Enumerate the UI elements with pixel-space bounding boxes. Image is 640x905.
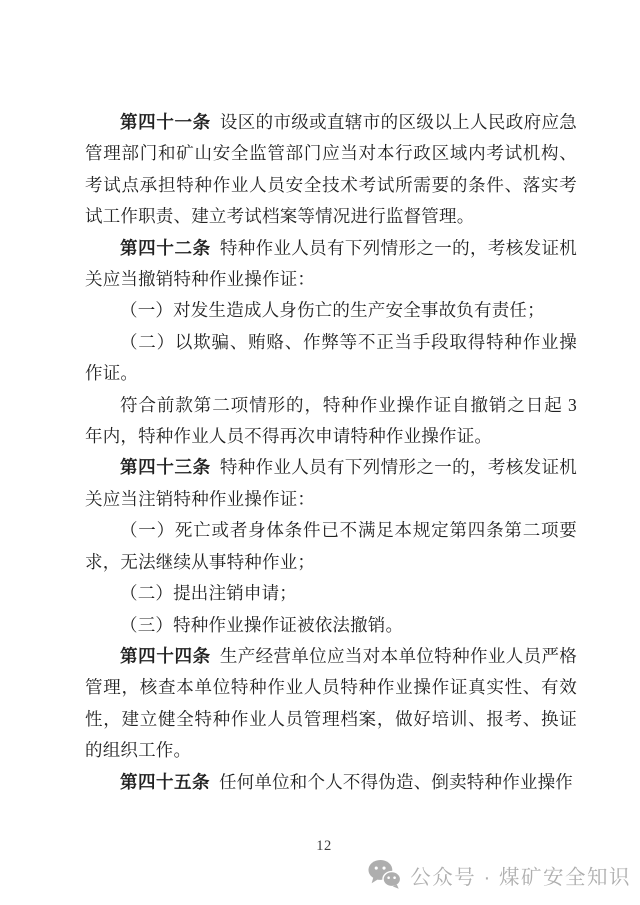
paragraph-item-2: （二）以欺骗、贿赂、作弊等不正当手段取得特种作业操作证。 [85, 327, 577, 390]
watermark: 公众号 · 煤矿安全知识 [368, 859, 631, 890]
article-text: 符合前款第二项情形的，特种作业操作证自撤销之日起 3 年内，特种作业人员不得再次… [85, 395, 577, 446]
paragraph-article-41: 第四十一条设区的市级或直辖市的区级以上人民政府应急管理部门和矿山安全监管部门应当… [85, 107, 577, 233]
article-number: 第四十一条 [120, 112, 211, 132]
paragraph-item-2b: （二）提出注销申请； [85, 578, 577, 609]
wechat-icon [368, 859, 401, 890]
article-text: （一）死亡或者身体条件已不满足本规定第四条第二项要求，无法继续从事特种作业； [85, 520, 577, 571]
article-text: （二）以欺骗、贿赂、作弊等不正当手段取得特种作业操作证。 [85, 332, 577, 383]
article-text: 任何单位和个人不得伪造、倒卖特种作业操作 [219, 772, 573, 792]
paragraph-article-42: 第四十二条特种作业人员有下列情形之一的，考核发证机关应当撤销特种作业操作证： [85, 233, 577, 296]
paragraph-item-1b: （一）死亡或者身体条件已不满足本规定第四条第二项要求，无法继续从事特种作业； [85, 515, 577, 578]
article-text: （一）对发生造成人身伤亡的生产安全事故负有责任； [120, 300, 545, 320]
document-page: 第四十一条设区的市级或直辖市的区级以上人民政府应急管理部门和矿山安全监管部门应当… [0, 0, 640, 905]
article-number: 第四十二条 [120, 238, 211, 258]
document-body: 第四十一条设区的市级或直辖市的区级以上人民政府应急管理部门和矿山安全监管部门应当… [85, 107, 577, 798]
article-text: （二）提出注销申请； [120, 583, 297, 603]
paragraph-item-3b: （三）特种作业操作证被依法撤销。 [85, 610, 577, 641]
paragraph-article-44: 第四十四条生产经营单位应当对本单位特种作业人员严格管理，核查本单位特种作业人员特… [85, 641, 577, 767]
paragraph-article-45: 第四十五条任何单位和个人不得伪造、倒卖特种作业操作 [85, 767, 577, 798]
watermark-label: 公众号 · 煤矿安全知识 [410, 860, 631, 890]
paragraph-supplement: 符合前款第二项情形的，特种作业操作证自撤销之日起 3 年内，特种作业人员不得再次… [85, 390, 577, 453]
paragraph-article-43: 第四十三条特种作业人员有下列情形之一的，考核发证机关应当注销特种作业操作证： [85, 452, 577, 515]
article-number: 第四十三条 [120, 457, 211, 477]
article-number: 第四十五条 [120, 772, 210, 792]
article-text: （三）特种作业操作证被依法撤销。 [120, 615, 403, 635]
page-number: 12 [85, 838, 563, 855]
paragraph-item-1: （一）对发生造成人身伤亡的生产安全事故负有责任； [85, 295, 577, 326]
article-number: 第四十四条 [120, 646, 211, 666]
